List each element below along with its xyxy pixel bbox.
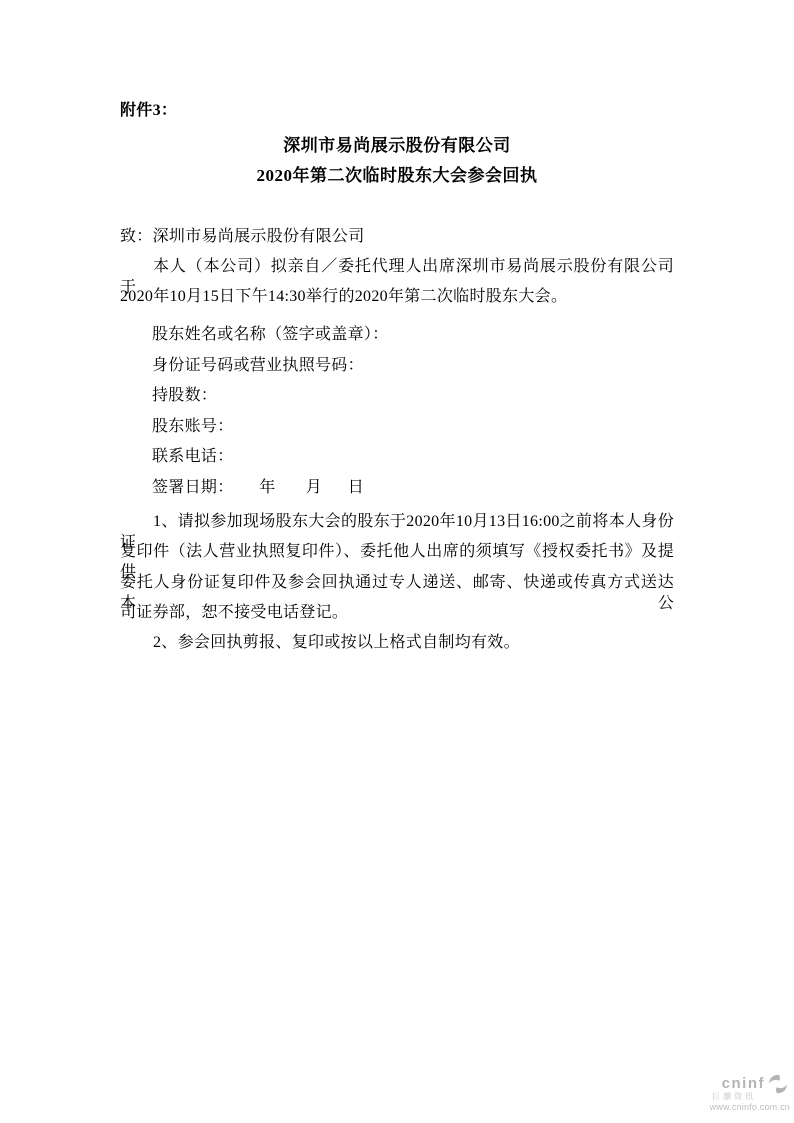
note-2-line: 2、参会回执剪报、复印或按以上格式自制均有效。	[120, 632, 674, 653]
note-1-line-4: 司证券部，恕不接受电话登记。	[120, 602, 674, 623]
cninfo-swirl-icon	[766, 1074, 790, 1094]
field-shareholder-account: 股东账号：	[152, 416, 674, 437]
field-id-or-license-number: 身份证号码或营业执照号码：	[152, 355, 674, 376]
document-page: 附件3： 深圳市易尚展示股份有限公司 2020年第二次临时股东大会参会回执 致：…	[0, 0, 794, 1123]
document-title: 2020年第二次临时股东大会参会回执	[0, 165, 794, 186]
intro-paragraph-line-2: 2020年10月15日下午14:30举行的2020年第二次临时股东大会。	[120, 286, 674, 307]
salutation-line: 致：深圳市易尚展示股份有限公司	[120, 226, 674, 247]
field-shareholder-name: 股东姓名或名称（签字或盖章）：	[152, 324, 674, 345]
field-shares-held: 持股数：	[152, 385, 674, 406]
cninfo-watermark: cninf 巨潮资讯 www.cninfo.com.cn	[694, 1074, 790, 1113]
field-signature-date: 签署日期： 年 月 日	[152, 477, 674, 498]
attachment-label: 附件3：	[120, 100, 674, 121]
cninfo-logo: cninf	[694, 1074, 790, 1094]
field-contact-phone: 联系电话：	[152, 446, 674, 467]
company-title: 深圳市易尚展示股份有限公司	[0, 135, 794, 156]
cninfo-logo-text: cninf	[722, 1076, 765, 1092]
cninfo-url: www.cninfo.com.cn	[694, 1102, 790, 1113]
